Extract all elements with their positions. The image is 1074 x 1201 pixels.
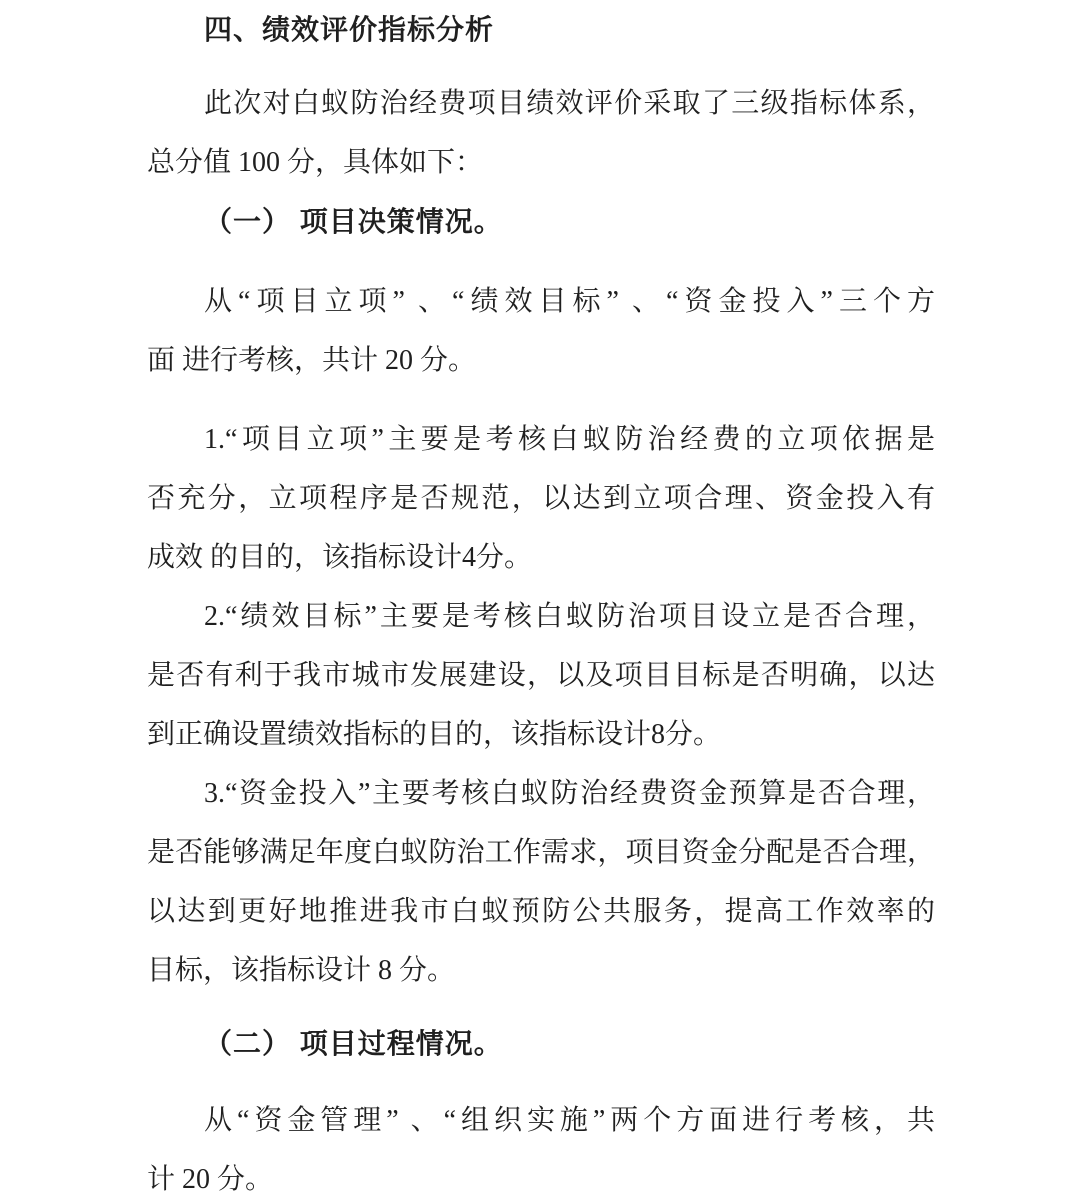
text-line: 总分值 100 分，具体如下： [147,133,935,192]
text-line: 成效 的目的，该指标设计4分。 [147,528,935,587]
text-line: 到正确设置绩效指标的目的，该指标设计8分。 [147,705,935,764]
text-line: 面 进行考核，共计 20 分。 [147,331,935,390]
text-line: 计 20 分。 [147,1150,935,1201]
section-heading-process: （二） 项目过程情况。 [147,1014,935,1073]
text-line: 是否有利于我市城市发展建设，以及项目目标是否明确，以达 [147,646,935,705]
section-heading-decision: （一） 项目决策情况。 [147,192,935,251]
text-line: 此次对白蚁防治经费项目绩效评价采取了三级指标体系， [147,74,935,133]
section-heading-main: 四、绩效评价指标分析 [147,0,935,59]
paragraph-item-3: 3.“资金投入”主要考核白蚁防治经费资金预算是否合理， 是否能够满足年度白蚁防治… [147,764,935,1000]
paragraph-process-overview: 从“资金管理” 、“组织实施”两个方面进行考核，共 计 20 分。 [147,1091,935,1201]
document-page: 四、绩效评价指标分析 此次对白蚁防治经费项目绩效评价采取了三级指标体系， 总分值… [0,0,1074,1201]
text-line: 3.“资金投入”主要考核白蚁防治经费资金预算是否合理， [147,764,935,823]
text-line: 以达到更好地推进我市白蚁预防公共服务，提高工作效率的 [147,882,935,941]
text-line: 目标，该指标设计 8 分。 [147,941,935,1000]
text-line: 是否能够满足年度白蚁防治工作需求，项目资金分配是否合理， [147,823,935,882]
text-line: 1.“项目立项”主要是考核白蚁防治经费的立项依据是 [147,410,935,469]
text-line: 从“项目立项” 、“绩效目标” 、“资金投入”三个方 [147,272,935,331]
text-line: 从“资金管理” 、“组织实施”两个方面进行考核，共 [147,1091,935,1150]
paragraph-item-1: 1.“项目立项”主要是考核白蚁防治经费的立项依据是 否充分，立项程序是否规范，以… [147,410,935,587]
paragraph-item-2: 2.“绩效目标”主要是考核白蚁防治项目设立是否合理， 是否有利于我市城市发展建设… [147,587,935,764]
paragraph-decision-overview: 从“项目立项” 、“绩效目标” 、“资金投入”三个方 面 进行考核，共计 20 … [147,272,935,390]
text-line: 否充分，立项程序是否规范，以达到立项合理、资金投入有 [147,469,935,528]
paragraph-intro: 此次对白蚁防治经费项目绩效评价采取了三级指标体系， 总分值 100 分，具体如下… [147,74,935,192]
text-line: 2.“绩效目标”主要是考核白蚁防治项目设立是否合理， [147,587,935,646]
